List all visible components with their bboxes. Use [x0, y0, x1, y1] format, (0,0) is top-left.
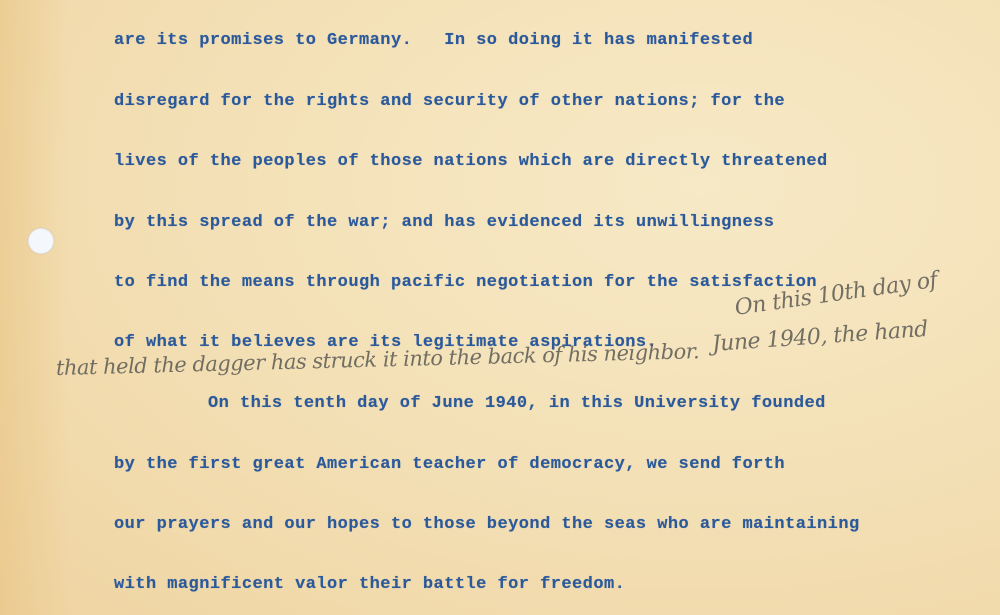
- paper-edge-shading: [0, 0, 70, 615]
- typed-line-5: to find the means through pacific negoti…: [114, 273, 817, 293]
- typed-line-7: On this tenth day of June 1940, in this …: [208, 394, 826, 414]
- typed-line-4: by this spread of the war; and has evide…: [114, 213, 774, 233]
- handwritten-annotation-line-2: June 1940, the hand: [711, 317, 928, 357]
- typed-line-8: by the first great American teacher of d…: [114, 455, 785, 475]
- typed-line-10: with magnificent valor their battle for …: [114, 575, 625, 595]
- typed-line-3: lives of the peoples of those nations wh…: [114, 152, 828, 172]
- typed-line-9: our prayers and our hopes to those beyon…: [114, 515, 860, 535]
- typed-line-1: are its promises to Germany. In so doing…: [114, 31, 753, 51]
- punch-hole: [28, 228, 54, 254]
- document-page: are its promises to Germany. In so doing…: [0, 0, 1000, 615]
- typed-line-2: disregard for the rights and security of…: [114, 92, 785, 112]
